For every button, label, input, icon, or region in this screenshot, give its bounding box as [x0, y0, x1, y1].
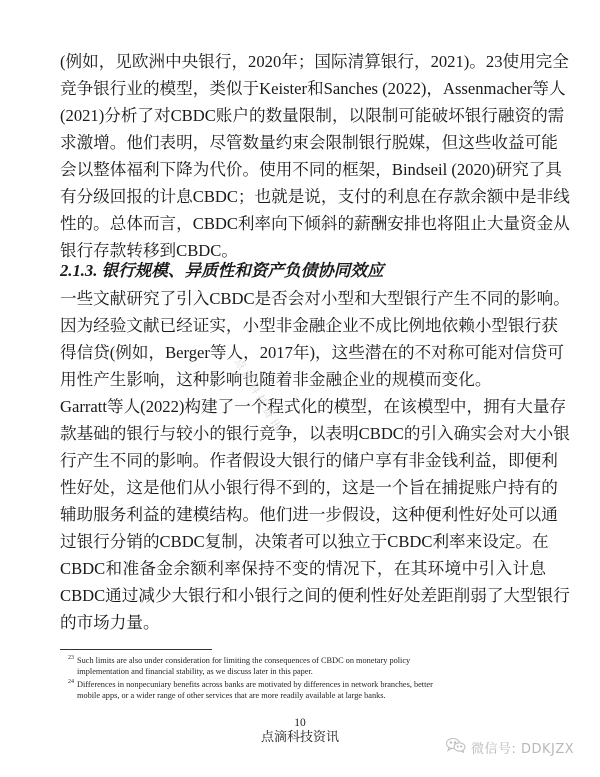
wechat-icon: [445, 737, 467, 757]
text-line: 款基础的银行与较小的银行竞争，以表明CBDC的引入确实会对大小银: [60, 420, 546, 447]
text-line: 行产生不同的影响。作者假设大银行的储户享有非金钱利益，即便利: [60, 447, 546, 474]
text-line: 性的。总体而言，CBDC利率向下倾斜的薪酬安排也将阻止大量资金从: [60, 210, 546, 237]
text-line: (2021)分析了对CBDC账户的数量限制，以限制可能破坏银行融资的需: [60, 102, 546, 129]
text-line: CBDC通过减少大银行和小银行之间的便利性好处差距削弱了大型银行: [60, 582, 546, 609]
section-heading: 2.1.3. 银行规模、异质性和资产负债协同效应: [60, 260, 546, 282]
text-line: 会以整体福利下降为代价。使用不同的框架，Bindseil (2020)研究了具: [60, 156, 546, 183]
text-line: CBDC和准备金余额利率保持不变的情况下，在其环境中引入计息: [60, 555, 546, 582]
text-line: 有分级回报的计息CBDC；也就是说，支付的利息在存款余额中是非线: [60, 183, 546, 210]
text-line: 一些文献研究了引入CBDC是否会对小型和大型银行产生不同的影响。: [60, 285, 546, 312]
text-line: 竞争银行业的模型，类似于Keister和Sanches (2022)，Assen…: [60, 75, 546, 102]
footnote-line: implementation and financial stability, …: [77, 666, 548, 677]
text-line: 求激增。他们表明，尽管数量约束会限制银行脱媒，但这些收益可能: [60, 129, 546, 156]
footnote-rule: [60, 649, 212, 650]
footnote-23: 23 Such limits are also under considerat…: [68, 655, 548, 677]
paragraph-1: (例如，见欧洲中央银行，2020年；国际清算银行，2021)。23使用完全 竞争…: [60, 48, 546, 264]
footnote-line: Differences in nonpecuniary benefits acr…: [77, 679, 548, 690]
text-line: 性好处，这是他们从小银行得不到的，这是一个旨在捕捉账户持有的: [60, 474, 546, 501]
document-page: (例如，见欧洲中央银行，2020年；国际清算银行，2021)。23使用完全 竞争…: [0, 0, 600, 777]
footnote-number: 23: [68, 654, 74, 662]
text-line: Garratt等人(2022)构建了一个程式化的模型，在该模型中，拥有大量存: [60, 393, 546, 420]
text-line: 得信贷(例如，Berger等人，2017年)，这些潜在的不对称可能对信贷可: [60, 339, 546, 366]
footnote-24: 24 Differences in nonpecuniary benefits …: [68, 679, 548, 701]
text-line: 的市场力量。: [60, 609, 546, 636]
footnote-line: Such limits are also under consideration…: [77, 655, 548, 666]
paragraph-2: 一些文献研究了引入CBDC是否会对小型和大型银行产生不同的影响。 因为经验文献已…: [60, 285, 546, 393]
text-line: 过银行分销的CBDC复制，决策者可以独立于CBDC利率来设定。在: [60, 528, 546, 555]
footnote-line: mobile apps, or a wider range of other s…: [77, 690, 548, 701]
footnotes: 23 Such limits are also under considerat…: [68, 655, 548, 703]
text-line: 辅助服务利益的建模结构。他们进一步假设，这种便利性好处可以通: [60, 501, 546, 528]
text-line: 用性产生影响，这种影响也随着非金融企业的规模而变化。: [60, 366, 546, 393]
text-line: 因为经验文献已经证实，小型非金融企业不成比例地依赖小型银行获: [60, 312, 546, 339]
page-number: 10: [0, 717, 600, 730]
wechat-watermark: 微信号: DDKJZX: [445, 737, 574, 757]
footnote-number: 24: [68, 678, 74, 686]
body-text: (例如，见欧洲中央银行，2020年；国际清算银行，2021)。23使用完全 竞争…: [60, 48, 546, 636]
text-line: (例如，见欧洲中央银行，2020年；国际清算银行，2021)。23使用完全: [60, 48, 546, 75]
wechat-id: 微信号: DDKJZX: [471, 738, 574, 757]
paragraph-3: Garratt等人(2022)构建了一个程式化的模型，在该模型中，拥有大量存 款…: [60, 393, 546, 636]
